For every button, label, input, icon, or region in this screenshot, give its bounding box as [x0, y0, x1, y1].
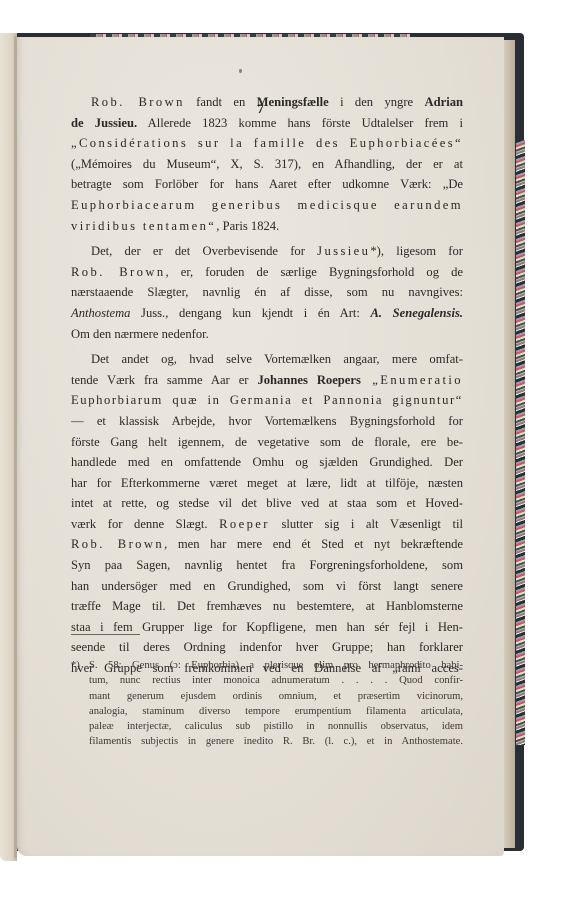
footnote-line: S. 58: Genus (ɔ: Euphorbia) a plerisque … — [71, 658, 463, 673]
author-name: Roeper — [219, 517, 270, 531]
text-line: viridibus tentamen“, Paris 1824. — [71, 216, 463, 237]
text-line: værk for denne Slægt. Roeper slutter sig… — [71, 514, 463, 535]
text-run: Juss., dengang kun kjendt i én Art: — [130, 306, 370, 320]
text-run: , Paris 1824. — [216, 219, 279, 233]
author-name: Rob. Brown — [91, 95, 185, 109]
footnote-marker: *) — [71, 658, 80, 673]
footnote: *) S. 58: Genus (ɔ: Euphorbia) a plerisq… — [71, 658, 463, 750]
text-run: fandt en — [185, 95, 257, 109]
text-line: Det, der er det Overbevisende for Jussie… — [71, 241, 463, 262]
text-line: betragte som Forlöber for hans Aaret eft… — [71, 174, 463, 195]
text-line: Om den nærmere nedenfor. — [71, 324, 463, 345]
text-line: Syn paa Sagen, navnlig hentet fra Forgre… — [71, 555, 463, 576]
text-line: — et klassisk Arbejde, hvor Vortemælkens… — [71, 411, 463, 432]
marbled-fore-edge — [516, 140, 525, 745]
text-line: Det andet og, hvad selve Vortemælken ang… — [71, 349, 463, 370]
footnote-divider — [71, 634, 140, 635]
text-line: seende til deres Ordning indenfor hver G… — [71, 637, 463, 658]
text-line: Anthostema Juss., dengang kun kjendt i é… — [71, 303, 463, 324]
genus-name: Anthostema — [71, 306, 130, 320]
paper-speck — [239, 69, 242, 73]
text-line: förste Gang helt igennem, de vegetative … — [71, 432, 463, 453]
text-run: slutter sig i alt Væsenligt til — [270, 517, 463, 531]
text-run: i den yngre — [329, 95, 425, 109]
author-name: Rob. Brown — [71, 265, 166, 279]
text-line: („Mémoires du Museum“, X, S. 317), en Af… — [71, 154, 463, 175]
text-run: , er, foruden de særlige Bygningsforhold… — [166, 265, 463, 279]
author-name: Adrian — [425, 95, 464, 109]
text-run: Meningsfælle — [257, 95, 329, 109]
text-line: handlede med en omfattende Omhu og sjæld… — [71, 452, 463, 473]
text-line: Rob. Brown, er, foruden de særlige Bygni… — [71, 262, 463, 283]
footnote-line: analogia, staminum diverso tempore erump… — [71, 704, 463, 719]
text-run: „Enumeratio — [361, 373, 463, 387]
footnote-line: filamentis subjectis in genere inedito R… — [71, 734, 463, 749]
text-run: Allerede 1823 komme hans förste Udtalels… — [137, 116, 463, 130]
text-run: viridibus tentamen“ — [71, 219, 216, 233]
text-line: Euphorbiarum quæ in Germania et Pannonia… — [71, 390, 463, 411]
text-line: Euphorbiacearum generibus medicisque ear… — [71, 195, 463, 216]
text-line: han undersöger med en Grundighed, som vi… — [71, 576, 463, 597]
text-line: Rob. Brown fandt en Meningsfælle i den y… — [71, 92, 463, 113]
text-run: *), ligesom for — [370, 244, 463, 258]
author-name: Jussieu — [317, 244, 370, 258]
text-line: træffe Mage til. Det fremhæves nu bestem… — [71, 596, 463, 617]
author-name: Johannes Roepers — [257, 373, 360, 387]
page-stack-edge — [503, 40, 515, 848]
text-line: nærstaaende Slægter, navnlig én af disse… — [71, 282, 463, 303]
footnote-line: paleæ interjectæ, caliculus sub pistillo… — [71, 719, 463, 734]
text-run: tende Værk fra samme Aar er — [71, 373, 257, 387]
text-run: værk for denne Slægt. — [71, 517, 219, 531]
text-line: intet at rette, og stedse vil det blive … — [71, 493, 463, 514]
text-line: Rob. Brown, men har mere end ét Sted et … — [71, 534, 463, 555]
text-line: de Jussieu. Allerede 1823 komme hans för… — [71, 113, 463, 134]
text-line: „Considérations sur la famille des Eupho… — [71, 133, 463, 154]
species-name: A. Senegalensis. — [371, 306, 463, 320]
body-text: Rob. Brown fandt en Meningsfælle i den y… — [71, 92, 463, 679]
text-line: tende Værk fra samme Aar er Johannes Roe… — [71, 370, 463, 391]
text-line: har for Efterkommerne været meget at lær… — [71, 473, 463, 494]
author-name: Rob. Brown — [71, 537, 164, 551]
text-run: , men har mere end ét Sted et nyt bekræf… — [164, 537, 463, 551]
footnote-line: mant generum ejusdem ordinis omnium, et … — [71, 689, 463, 704]
author-name: de Jussieu. — [71, 116, 137, 130]
text-run: Det, der er det Overbevisende for — [91, 244, 317, 258]
footnote-line: tum, nunc rectius inter monoica adnumera… — [71, 673, 463, 688]
